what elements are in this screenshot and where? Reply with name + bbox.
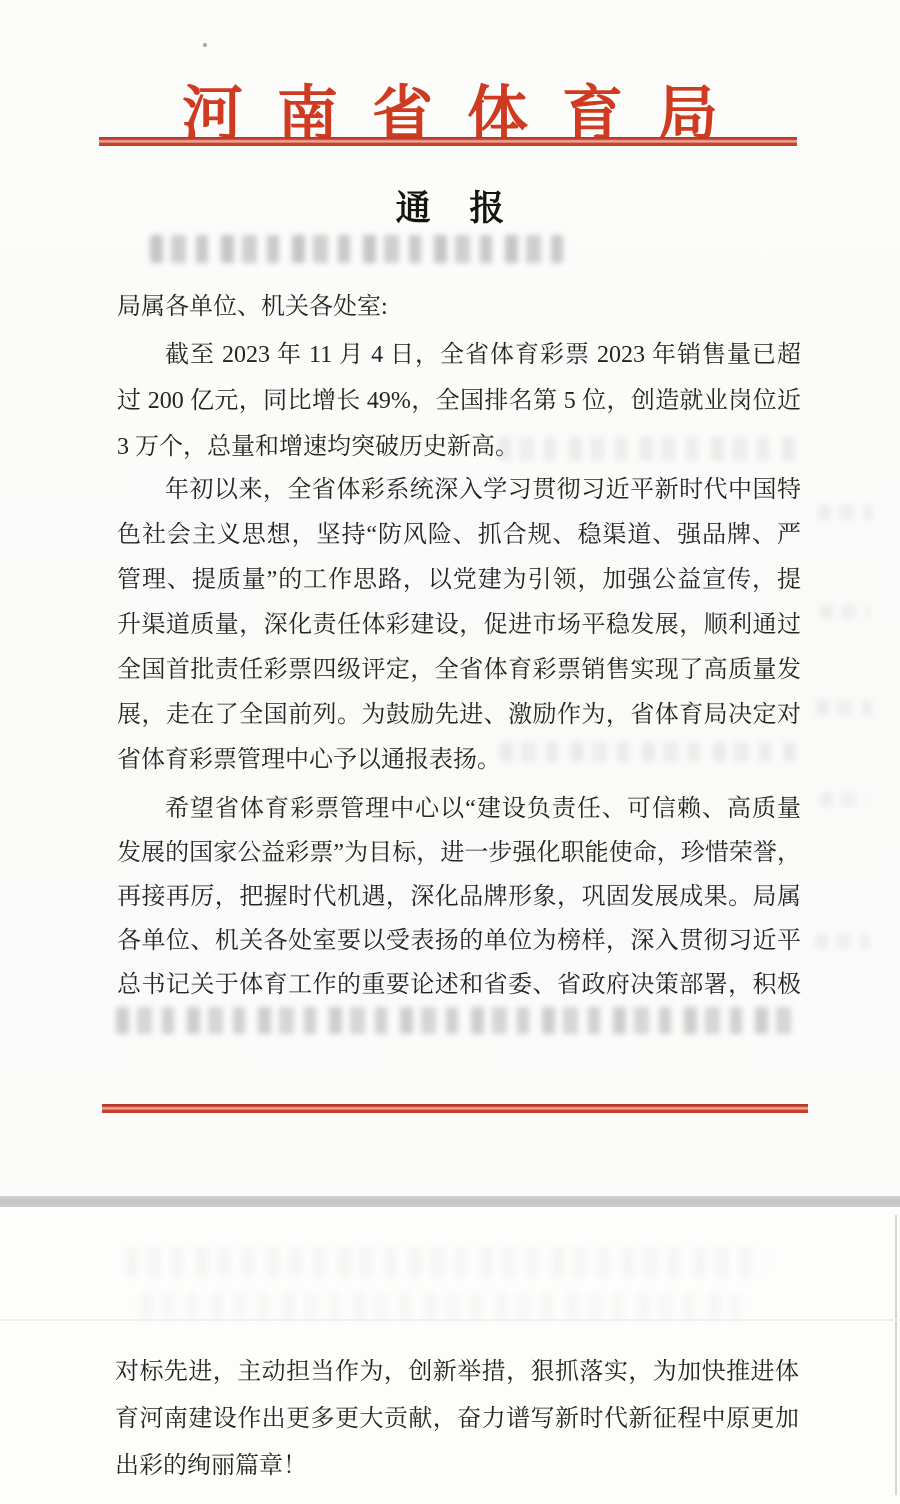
body-paragraph-3: 希望省体育彩票管理中心以“建设负责任、可信赖、高质量 发展的国家公益彩票”为目标…	[117, 787, 801, 1007]
bleed-artifact	[140, 1293, 740, 1319]
fold-line	[0, 1319, 900, 1321]
scan-speck	[203, 43, 207, 47]
header-rule	[99, 137, 797, 146]
body-paragraph-2: 年初以来，全省体彩系统深入学习贯彻习近平新时代中国特 色社会主义思想，坚持“防风…	[117, 468, 801, 783]
body-line: 各单位、机关各处室要以受表扬的单位为榜样，深入贯彻习近平	[117, 919, 801, 963]
page-2: 对标先进，主动担当作为，创新举措，狠抓落实，为加快推进体 育河南建设作出更多更大…	[0, 1207, 900, 1504]
page-edge-shadow	[895, 1215, 897, 1495]
bleed-artifact	[820, 792, 868, 807]
notice-title: 通 报	[0, 181, 900, 231]
page-1: 河南省体育局 通 报 局属各单位、机关各处室: 截至 2023 年 11 月 4…	[0, 0, 900, 1196]
body-line: 升渠道质量，深化责任体彩建设，促进市场平稳发展，顺利通过	[117, 603, 801, 648]
body-line: 展，走在了全国前列。为鼓励先进、激励作为，省体育局决定对	[117, 693, 801, 738]
body-line: 对标先进，主动担当作为，创新举措，狠抓落实，为加快推进体	[115, 1349, 799, 1396]
continuation-paragraph: 对标先进，主动担当作为，创新举措，狠抓落实，为加快推进体 育河南建设作出更多更大…	[115, 1349, 799, 1490]
page-separator	[0, 1196, 900, 1207]
bleed-artifact	[498, 437, 798, 461]
footer-rule	[102, 1104, 808, 1113]
salutation: 局属各单位、机关各处室:	[117, 284, 801, 330]
body-line: 总书记关于体育工作的重要论述和省委、省政府决策部署，积极	[117, 963, 801, 1007]
body-line: 年初以来，全省体彩系统深入学习贯彻习近平新时代中国特	[117, 468, 801, 513]
body-line: 色社会主义思想，坚持“防风险、抓合规、稳渠道、强品牌、严	[117, 513, 801, 558]
body-line: 发展的国家公益彩票”为目标，进一步强化职能使命，珍惜荣誉，	[117, 831, 801, 875]
body-line: 截至 2023 年 11 月 4 日，全省体育彩票 2023 年销售量已超	[117, 332, 801, 378]
body-line: 全国首批责任彩票四级评定，全省体育彩票销售实现了高质量发	[117, 648, 801, 693]
bleed-artifact	[125, 1247, 765, 1277]
body-line: 再接再厉，把握时代机遇，深化品牌形象，巩固发展成果。局属	[117, 875, 801, 919]
scanned-document: 河南省体育局 通 报 局属各单位、机关各处室: 截至 2023 年 11 月 4…	[0, 0, 900, 1504]
bleed-artifact	[150, 235, 570, 263]
bleed-artifact	[116, 1007, 794, 1034]
body-line: 出彩的绚丽篇章！	[115, 1443, 799, 1490]
bleed-artifact	[816, 700, 872, 715]
bleed-artifact	[820, 604, 870, 619]
bleed-artifact	[818, 505, 873, 520]
body-line: 管理、提质量”的工作思路，以党建为引领，加强公益宣传，提	[117, 558, 801, 603]
body-line: 过 200 亿元，同比增长 49%，全国排名第 5 位，创造就业岗位近	[117, 378, 801, 424]
body-line: 育河南建设作出更多更大贡献，奋力谱写新时代新征程中原更加	[115, 1396, 799, 1443]
body-line: 希望省体育彩票管理中心以“建设负责任、可信赖、高质量	[117, 787, 801, 831]
bleed-artifact	[500, 742, 795, 762]
bleed-artifact	[815, 934, 870, 949]
